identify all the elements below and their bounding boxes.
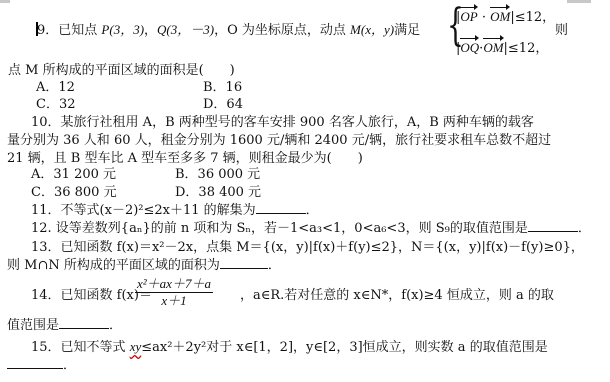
question-9-line-1: 9．已知点 P(3，3)，Q(3，－3)，O 为坐标原点，动点 M(x，y)满足: [36, 22, 420, 39]
answer-blank: [59, 328, 109, 329]
q10-option-d: D．38 400 元: [175, 185, 261, 201]
q9-option-b: B．16: [203, 80, 242, 96]
answer-blank: [220, 268, 268, 269]
vector-om: OM: [483, 40, 503, 56]
comma: ，: [144, 23, 157, 38]
condition-1: |OP · OM|≤12，: [456, 9, 555, 26]
question-11-text: 11．不等式(x－2)²≤2x＋11 的解集为: [31, 203, 256, 218]
period: ．: [63, 358, 76, 373]
window-edge-marker: [567, 0, 591, 3]
condition-2: |OQ·OM|≤12，: [456, 40, 548, 57]
point-m: M(x，y): [350, 22, 394, 37]
question-14-lead: 14．已知函数 f(x)＝: [31, 288, 152, 304]
fraction-numerator: x²＋ax＋7＋a: [135, 276, 213, 293]
question-10-line-1: 10．某旅行社租用 A，B 两种型号的客车安排 900 名客人旅行，A，B 两种…: [31, 115, 534, 131]
comma: ，: [214, 23, 227, 38]
period: ．: [578, 221, 591, 236]
point-p: P(3，3): [101, 22, 144, 37]
period: ．: [306, 203, 319, 218]
answer-blank: [528, 231, 578, 232]
dot-operator: ·: [478, 10, 490, 25]
q10-option-c: C．36 800 元: [31, 185, 117, 201]
q9-option-a: A．12: [36, 80, 75, 96]
question-14-line-2: 值范围是．: [7, 318, 122, 334]
point-q: Q(3，－3): [157, 22, 214, 37]
vector-op: OP: [460, 9, 477, 25]
period: ．: [109, 318, 122, 333]
question-13-line-1: 13．已知函数 f(x)＝x²－2x，点集 M＝{(x，y)|f(x)＋f(y)…: [31, 240, 584, 256]
origin-text: O 为坐标原点，动点: [227, 23, 350, 38]
spellcheck-flagged-xy: xy: [130, 339, 142, 354]
then-text: 则: [555, 23, 568, 39]
answer-blank: [7, 368, 63, 369]
question-14-text: 值范围是: [7, 318, 59, 333]
question-9-line-2: 点 M 所构成的平面区域的面积是( ): [8, 63, 235, 79]
question-15: 15．已知不等式 xy≤ax²＋2y²对于 x∈[1，2]，y∈[2，3]恒成立…: [31, 339, 548, 356]
window-edge-marker: [0, 0, 10, 3]
question-13-line-2: 则 M∩N 所构成的平面区域的面积为．: [7, 258, 281, 274]
fraction: x²＋ax＋7＋a x＋1: [135, 276, 213, 309]
question-13-text: 则 M∩N 所构成的平面区域的面积为: [7, 258, 220, 273]
question-12-text: 12. 设等差数列{aₙ}的前 n 项和为 Sₙ，若－1<a₃<1，0<a₆<3…: [31, 221, 528, 236]
question-10-line-3: 21 辆，且 B 型车比 A 型车至多多 7 辆，则租金最少为( ): [7, 151, 363, 167]
q9-option-c: C．32: [36, 97, 76, 113]
question-15-rest: ≤ax²＋2y²对于 x∈[1，2]，y∈[2，3]恒成立，则实数 a 的取值范…: [141, 340, 547, 355]
q9-option-d: D．64: [203, 97, 243, 113]
question-10-line-2: 量分别为 36 人和 60 人，租金分别为 1600 元/辆和 2400 元/辆…: [7, 133, 551, 149]
question-9-intro: ．已知点: [45, 23, 101, 38]
question-11: 11．不等式(x－2)²≤2x＋11 的解集为．: [31, 203, 319, 219]
period: ．: [268, 258, 281, 273]
vector-om: OM: [490, 9, 510, 25]
answer-blank: [256, 213, 306, 214]
question-15-lead: 15．已知不等式: [31, 340, 130, 355]
vector-oq: OQ: [460, 40, 479, 56]
condition-2-bound: |≤12，: [504, 41, 549, 56]
condition-1-bound: |≤12，: [510, 10, 555, 25]
satisfy-text: 满足: [394, 23, 420, 38]
q10-option-a: A．31 200 元: [31, 167, 116, 183]
question-12: 12. 设等差数列{aₙ}的前 n 项和为 Sₙ，若－1<a₃<1，0<a₆<3…: [31, 221, 591, 237]
question-15-line-2: ．: [7, 358, 76, 374]
q10-option-b: B．36 000 元: [175, 167, 260, 183]
question-14-rest: ，a∈R.若对任意的 x∈N*，f(x)≥4 恒成立，则 a 的取: [240, 288, 554, 304]
fraction-denominator: x＋1: [135, 293, 213, 309]
